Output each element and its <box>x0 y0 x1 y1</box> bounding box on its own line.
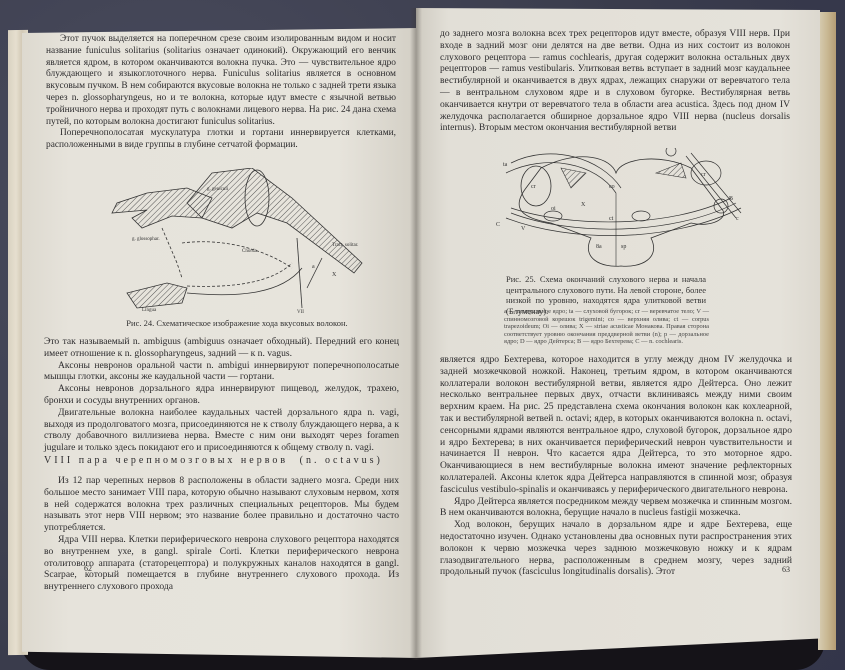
svg-text:Tract. solitar.: Tract. solitar. <box>332 243 358 248</box>
page-number-right: 63 <box>782 565 790 574</box>
figure-24-caption: Рис. 24. Схематическое изображение хода … <box>82 318 392 329</box>
svg-text:a: a <box>312 264 315 270</box>
paragraph: Этот пучок выделяется на поперечном срез… <box>46 34 396 128</box>
paragraph: до заднего мозга волокна всех трех рецеп… <box>440 28 790 134</box>
svg-text:Chorda: Chorda <box>242 249 258 254</box>
section-heading: VIII пара черепномозговых нервов (n. oct… <box>44 455 383 466</box>
section-heading-title: VIII пара черепномозговых нервов <box>44 455 288 466</box>
paragraph: Двигательные волокна наиболее каудальных… <box>44 407 399 454</box>
paragraph: Это так называемый n. ambiguus (ambiguus… <box>44 336 399 360</box>
svg-text:oi: oi <box>551 206 556 212</box>
paragraph: является ядро Бехтерева, которое находит… <box>440 354 792 496</box>
auditory-pathway-diagram: ta cr co oi X ct 8a sp C V B c cr <box>491 148 751 268</box>
figure-25-legend: а — центральное ядро; tа — слуховой буго… <box>504 308 709 346</box>
figure-24-taste-pathways: g. geniculi Tract. solitar. g. glossopha… <box>92 168 382 313</box>
right-page-edges <box>818 12 836 650</box>
svg-text:V: V <box>521 226 526 232</box>
svg-text:B: B <box>729 196 733 202</box>
left-page-section-text: Из 12 пар черепных нервов 8 расположены … <box>44 475 399 593</box>
svg-text:co: co <box>609 184 615 190</box>
svg-text:C: C <box>496 222 500 228</box>
right-page-bottom-text: является ядро Бехтерева, которое находит… <box>440 354 792 578</box>
paragraph: Аксоны невронов оральной части n. ambigu… <box>44 360 399 384</box>
paragraph: Ядро Дейтерса является посредником между… <box>440 496 792 520</box>
figure-25-auditory-nerve-endings: ta cr co oi X ct 8a sp C V B c cr <box>491 148 751 268</box>
svg-text:g. geniculi: g. geniculi <box>207 187 229 192</box>
svg-text:VII: VII <box>297 310 304 313</box>
paragraph: Ход волокон, берущих начало в дорзальном… <box>440 519 792 578</box>
paragraph: Ядра VIII нерва. Клетки периферического … <box>44 534 399 593</box>
svg-text:Lingua: Lingua <box>142 308 157 313</box>
paragraph: Из 12 пар черепных нервов 8 расположены … <box>44 475 399 534</box>
taste-pathway-diagram: g. geniculi Tract. solitar. g. glossopha… <box>92 168 382 313</box>
svg-text:c: c <box>736 216 739 222</box>
svg-text:sp: sp <box>621 244 626 250</box>
page-number-left: 62 <box>84 564 92 573</box>
left-page-middle-text: Это так называемый n. ambiguus (ambiguus… <box>44 336 399 454</box>
svg-text:cr: cr <box>531 184 536 190</box>
book-gutter <box>410 8 422 660</box>
svg-text:cr: cr <box>701 172 706 178</box>
svg-text:ta: ta <box>503 162 508 168</box>
left-page-top-text: Этот пучок выделяется на поперечном срез… <box>46 34 396 152</box>
paragraph: Аксоны невронов дорзального ядра иннерви… <box>44 383 399 407</box>
svg-text:X: X <box>332 272 337 278</box>
right-page-top-text: до заднего мозга волокна всех трех рецеп… <box>440 28 790 134</box>
paragraph: Поперечнополосатая мускулатура глотки и … <box>46 128 396 152</box>
right-page: до заднего мозга волокна всех трех рецеп… <box>416 8 820 658</box>
svg-text:8a: 8a <box>596 244 602 250</box>
left-page: Этот пучок выделяется на поперечном срез… <box>22 28 417 658</box>
svg-text:ct: ct <box>609 216 614 222</box>
section-heading-latin: (n. octavus) <box>300 455 383 466</box>
svg-text:X: X <box>581 202 586 208</box>
svg-text:g. glossophar.: g. glossophar. <box>132 237 160 242</box>
